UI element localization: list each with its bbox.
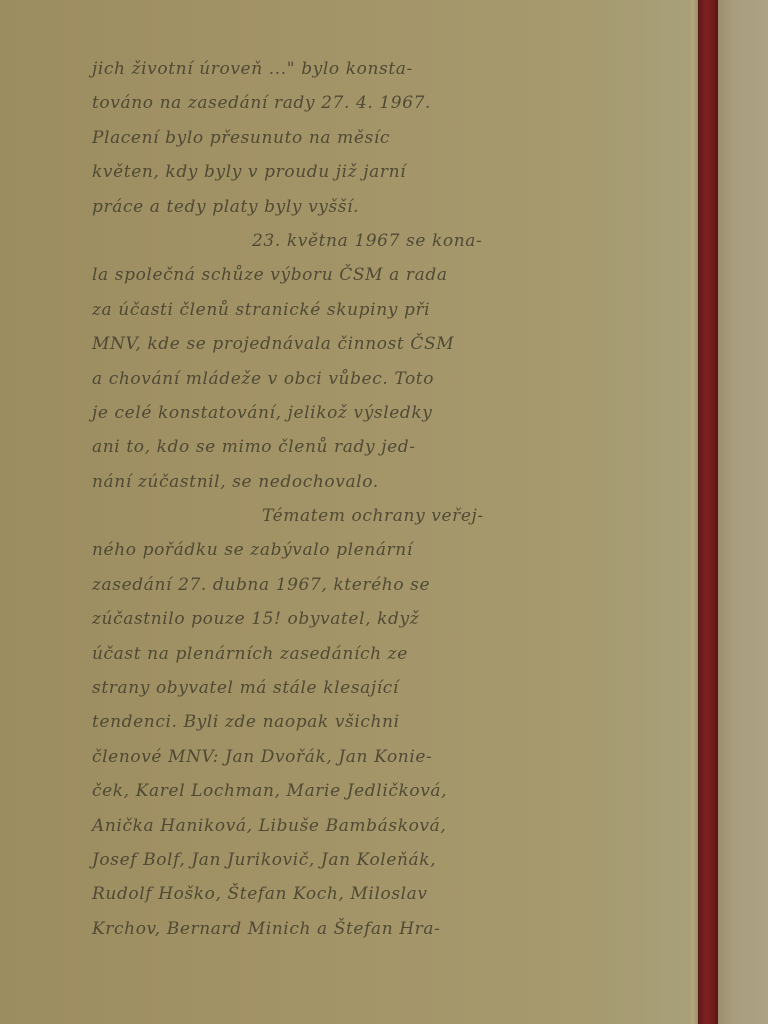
page-edge (688, 0, 698, 1024)
text-line: Rudolf Hoško, Štefan Koch, Miloslav (92, 877, 562, 911)
text-line: Krchov, Bernard Minich a Štefan Hra- (92, 912, 562, 946)
text-line: Placení bylo přesunuto na měsíc (92, 121, 562, 155)
handwritten-text-block: jich životní úroveň ..." bylo konsta- to… (92, 52, 562, 946)
text-line: tendenci. Byli zde naopak všichni (92, 705, 562, 739)
text-line: továno na zasedání rady 27. 4. 1967. (92, 86, 562, 120)
text-line: zúčastnilo pouze 15! obyvatel, když (92, 602, 562, 636)
text-line: za účasti členů stranické skupiny při (92, 293, 562, 327)
text-line: zasedání 27. dubna 1967, kterého se (92, 568, 562, 602)
text-line: a chování mládeže v obci vůbec. Toto (92, 362, 562, 396)
text-line: účast na plenárních zasedáních ze (92, 637, 562, 671)
background-surface (718, 0, 768, 1024)
text-line: ček, Karel Lochman, Marie Jedličková, (92, 774, 562, 808)
text-line: nání zúčastnil, se nedochovalo. (92, 465, 562, 499)
text-line: Josef Bolf, Jan Jurikovič, Jan Koleňák, (92, 843, 562, 877)
text-line: strany obyvatel má stále klesající (92, 671, 562, 705)
text-line: la společná schůze výboru ČSM a rada (92, 258, 562, 292)
text-line: květen, kdy byly v proudu již jarní (92, 155, 562, 189)
text-line: ani to, kdo se mimo členů rady jed- (92, 430, 562, 464)
text-line: je celé konstatování, jelikož výsledky (92, 396, 562, 430)
text-line: práce a tedy platy byly vyšší. (92, 190, 562, 224)
text-line: ného pořádku se zabývalo plenární (92, 533, 562, 567)
paragraph-start-line: Tématem ochrany veřej- (92, 499, 562, 533)
text-line: Anička Haniková, Libuše Bambásková, (92, 809, 562, 843)
text-line: MNV, kde se projednávala činnost ČSM (92, 327, 562, 361)
text-line: členové MNV: Jan Dvořák, Jan Konie- (92, 740, 562, 774)
book-binding-spine (698, 0, 718, 1024)
notebook-page: jich životní úroveň ..." bylo konsta- to… (0, 0, 690, 1024)
paragraph-start-line: 23. května 1967 se kona- (92, 224, 562, 258)
text-line: jich životní úroveň ..." bylo konsta- (92, 52, 562, 86)
